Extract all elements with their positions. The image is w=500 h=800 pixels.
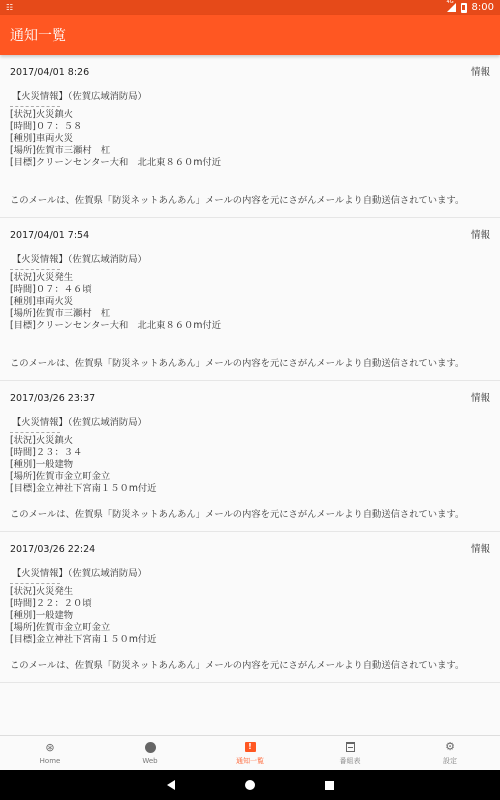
gear-icon: ⚙ xyxy=(444,741,456,753)
page-title: 通知一覧 xyxy=(10,25,66,45)
divider xyxy=(10,583,60,584)
nav-item-schedule[interactable]: 番組表 xyxy=(300,736,400,770)
home-button[interactable] xyxy=(245,780,255,790)
notification-line: [場所]佐賀市金立町金立 xyxy=(10,622,490,634)
divider xyxy=(10,106,60,107)
notification-date: 2017/03/26 22:24 xyxy=(10,544,490,556)
notification-date: 2017/03/26 23:37 xyxy=(10,393,490,405)
notification-line: [目標]金立神社下宮南１５０m付近 xyxy=(10,483,490,495)
notification-tag: 情報 xyxy=(471,393,490,405)
notification-line: [時間]２３：３４ xyxy=(10,447,490,459)
notification-heading: 【火災情報】（佐賀広域消防局） xyxy=(10,417,490,429)
notification-line: [目標]金立神社下宮南１５０m付近 xyxy=(10,634,490,646)
nav-label: 通知一覧 xyxy=(236,756,264,766)
notification-tag: 情報 xyxy=(471,67,490,79)
divider xyxy=(10,432,60,433)
notification-line: [状況]火災鎮火 xyxy=(10,109,490,121)
nav-label: 番組表 xyxy=(340,756,361,766)
notification-line: [場所]佐賀市三瀬村 杠 xyxy=(10,308,490,320)
notification-item[interactable]: 2017/04/01 7:54 情報 【火災情報】（佐賀広域消防局） [状況]火… xyxy=(0,218,500,381)
notification-footer: このメールは、佐賀県「防災ネットあんあん」メールの内容を元にさがんメールより自動… xyxy=(10,509,490,521)
nav-item-home[interactable]: ⊛ Home xyxy=(0,736,100,770)
nav-item-notifications[interactable]: ! 通知一覧 xyxy=(200,736,300,770)
notification-line: [時間]０７：４６頃 xyxy=(10,284,490,296)
status-bar: ☷ 4G 8:00 xyxy=(0,0,500,15)
nav-item-settings[interactable]: ⚙ 設定 xyxy=(400,736,500,770)
bottom-navigation: ⊛ Home Web ! 通知一覧 番組表 ⚙ 設定 xyxy=(0,735,500,770)
notification-footer: このメールは、佐賀県「防災ネットあんあん」メールの内容を元にさがんメールより自動… xyxy=(10,660,490,672)
notification-line: [種別]一般建物 xyxy=(10,459,490,471)
notification-tag: 情報 xyxy=(471,230,490,242)
notification-line: [状況]火災鎮火 xyxy=(10,435,490,447)
notification-line: [目標]クリーンセンター大和 北北東８６０m付近 xyxy=(10,320,490,332)
notification-line: [場所]佐賀市三瀬村 杠 xyxy=(10,145,490,157)
notification-date: 2017/04/01 8:26 xyxy=(10,67,490,79)
notification-footer: このメールは、佐賀県「防災ネットあんあん」メールの内容を元にさがんメールより自動… xyxy=(10,358,490,370)
status-time: 8:00 xyxy=(472,2,494,13)
system-navigation-bar xyxy=(0,770,500,800)
notification-tag: 情報 xyxy=(471,544,490,556)
nav-label: Web xyxy=(142,757,157,765)
notification-item[interactable]: 2017/03/26 22:24 情報 【火災情報】（佐賀広域消防局） [状況]… xyxy=(0,532,500,683)
notification-icon: ☷ xyxy=(6,3,12,12)
notification-list[interactable]: 2017/04/01 8:26 情報 【火災情報】（佐賀広域消防局） [状況]火… xyxy=(0,55,500,735)
alert-icon: ! xyxy=(244,741,256,753)
notification-heading: 【火災情報】（佐賀広域消防局） xyxy=(10,254,490,266)
notification-line: [種別]一般建物 xyxy=(10,610,490,622)
notification-line: [時間]０７：５８ xyxy=(10,121,490,133)
notification-date: 2017/04/01 7:54 xyxy=(10,230,490,242)
calendar-icon xyxy=(344,741,356,753)
notification-line: [状況]火災発生 xyxy=(10,272,490,284)
nav-item-web[interactable]: Web xyxy=(100,736,200,770)
notification-item[interactable]: 2017/04/01 8:26 情報 【火災情報】（佐賀広域消防局） [状況]火… xyxy=(0,55,500,218)
signal-icon: 4G xyxy=(447,3,456,12)
battery-icon xyxy=(461,3,467,13)
notification-line: [時間]２２：２０頃 xyxy=(10,598,490,610)
notification-heading: 【火災情報】（佐賀広域消防局） xyxy=(10,91,490,103)
notification-heading: 【火災情報】（佐賀広域消防局） xyxy=(10,568,490,580)
recents-button[interactable] xyxy=(325,781,334,790)
notification-footer: このメールは、佐賀県「防災ネットあんあん」メールの内容を元にさがんメールより自動… xyxy=(10,195,490,207)
divider xyxy=(10,269,60,270)
app-bar: 通知一覧 xyxy=(0,15,500,55)
globe-icon xyxy=(144,742,156,754)
notification-line: [状況]火災発生 xyxy=(10,586,490,598)
back-button[interactable] xyxy=(167,780,175,790)
notification-line: [種別]車両火災 xyxy=(10,133,490,145)
nav-label: Home xyxy=(40,757,61,765)
radio-tower-icon: ⊛ xyxy=(44,742,56,754)
notification-line: [目標]クリーンセンター大和 北北東８６０m付近 xyxy=(10,157,490,169)
nav-label: 設定 xyxy=(443,756,457,766)
notification-line: [場所]佐賀市金立町金立 xyxy=(10,471,490,483)
notification-item[interactable]: 2017/03/26 23:37 情報 【火災情報】（佐賀広域消防局） [状況]… xyxy=(0,381,500,532)
notification-line: [種別]車両火災 xyxy=(10,296,490,308)
